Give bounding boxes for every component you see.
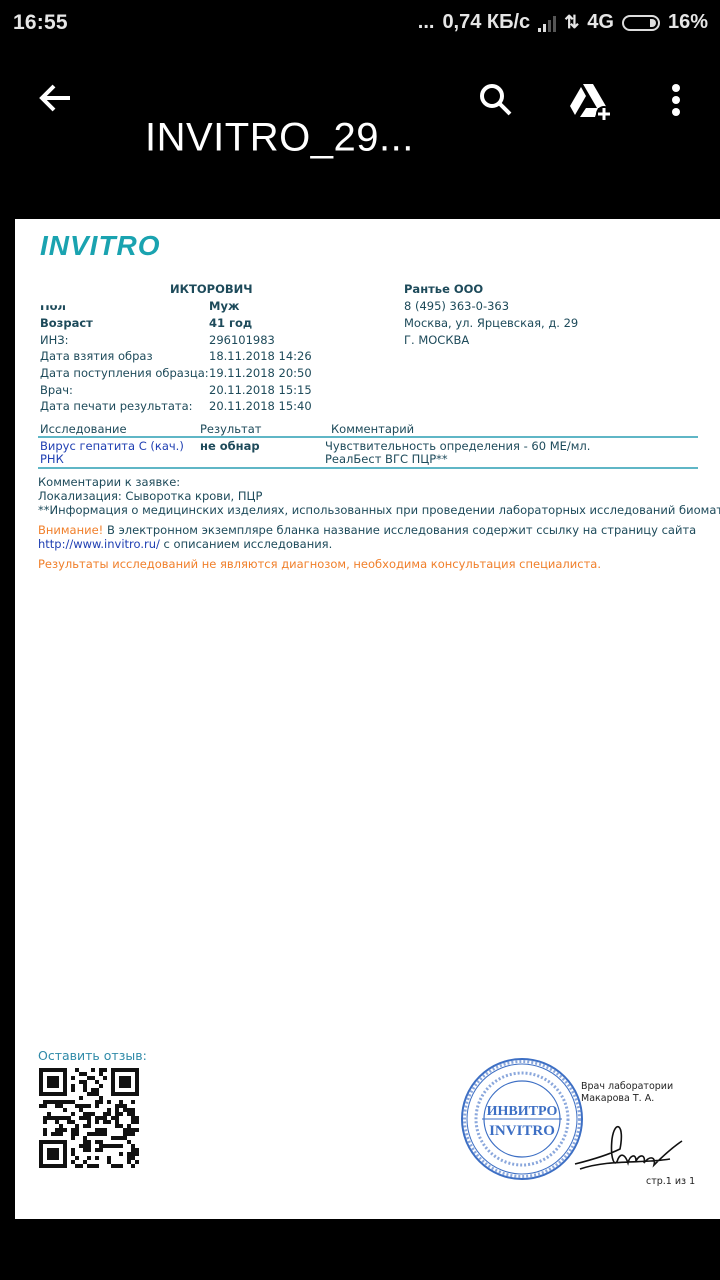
status-icons: ... 0,74 КБ/с ⇅ 4G 16% [418, 11, 708, 34]
status-bar: 16:55 ... 0,74 КБ/с ⇅ 4G 16% [0, 0, 720, 50]
attention-label: Внимание! [38, 523, 103, 537]
more-vert-icon[interactable] [656, 80, 696, 120]
battery-icon [622, 15, 660, 31]
notice-link-suffix: с описанием исследования. [160, 537, 332, 551]
net-speed: 0,74 КБ/с [442, 11, 530, 34]
more-notifications-icon: ... [418, 11, 435, 34]
battery-level: 16% [668, 11, 708, 34]
svg-text:INVITRO: INVITRO [489, 1123, 555, 1139]
test-result: не обнар [200, 439, 260, 453]
notice-line: Внимание! В электронном экземпляре бланк… [38, 523, 696, 537]
notice-link-line: http://www.invitro.ru/ с описанием иссле… [38, 537, 332, 551]
doctor-name: Макарова Т. А. [581, 1093, 673, 1105]
signal-icon [538, 14, 556, 32]
lab-phone: 8 (495) 363-0-363 [404, 299, 509, 313]
network-type: 4G [587, 11, 614, 34]
table-header-rule [38, 436, 698, 438]
col-header-comment: Комментарий [331, 422, 414, 436]
search-icon[interactable] [476, 80, 516, 120]
inz-value: 296101983 [209, 333, 275, 347]
comments-info: **Информация о медицинских изделиях, исп… [38, 503, 720, 517]
page-number: стр.1 из 1 [646, 1176, 695, 1187]
lab-stamp: ИНВИТРО INVITRO [458, 1055, 586, 1183]
test-comment: Чувствительность определения - 60 МЕ/мл. [325, 439, 590, 453]
invitro-logo: INVITRO [40, 230, 161, 262]
lab-city: Г. МОСКВА [404, 333, 469, 347]
age-label: Возраст [40, 316, 93, 330]
lab-address: Москва, ул. Ярцевская, д. 29 [404, 316, 578, 330]
notice-text: В электронном экземпляре бланка название… [103, 523, 696, 537]
feedback-qr-code[interactable] [39, 1068, 139, 1168]
arrival-date-value: 19.11.2018 20:50 [209, 366, 312, 380]
comments-localization: Локализация: Сыворотка крови, ПЦР [38, 489, 262, 503]
drive-add-icon[interactable] [568, 80, 608, 120]
invitro-site-link[interactable]: http://www.invitro.ru/ [38, 537, 160, 551]
feedback-label: Оставить отзыв: [38, 1048, 147, 1063]
inz-label: ИНЗ: [40, 333, 69, 347]
sex-value: Муж [209, 299, 239, 313]
col-header-test: Исследование [40, 422, 127, 436]
doctor-label: Врач: [40, 383, 73, 397]
test-name-link[interactable]: Вирус гепатита С (кач.) [40, 439, 184, 453]
back-arrow-icon[interactable] [36, 78, 76, 118]
comments-title: Комментарии к заявке: [38, 475, 180, 489]
doctor-signature-block: Врач лаборатории Макарова Т. А. [581, 1081, 673, 1105]
print-date-value: 20.11.2018 15:40 [209, 399, 312, 413]
document-title: INVITRO_29... [145, 116, 414, 161]
test-name-link-line2[interactable]: РНК [40, 452, 64, 466]
data-transfer-icon: ⇅ [564, 12, 579, 33]
lab-name: Рантье ООО [404, 282, 483, 296]
patient-name: ИКТОРОВИЧ [170, 282, 253, 296]
sample-date-value: 18.11.2018 14:26 [209, 349, 312, 363]
sample-date-label: Дата взятия образ [40, 349, 153, 363]
handwritten-signature [570, 1119, 690, 1179]
print-date-label: Дата печати результата: [40, 399, 193, 413]
app-bar: INVITRO_29... [0, 50, 720, 180]
disclaimer: Результаты исследований не являются диаг… [38, 557, 601, 571]
document-page[interactable]: INVITRO ИКТОРОВИЧ Пол Муж Возраст 41 год… [15, 219, 720, 1219]
test-comment-line2: РеалБест ВГС ПЦР** [325, 452, 448, 466]
doctor-date-value: 20.11.2018 15:15 [209, 383, 312, 397]
arrival-date-label: Дата поступления образца: [40, 366, 209, 380]
clock: 16:55 [13, 11, 68, 35]
doctor-title: Врач лаборатории [581, 1081, 673, 1093]
svg-text:ИНВИТРО: ИНВИТРО [487, 1104, 558, 1119]
age-value: 41 год [209, 316, 252, 330]
col-header-result: Результат [200, 422, 262, 436]
table-bottom-rule [38, 467, 698, 469]
sex-label: Пол [40, 299, 66, 313]
